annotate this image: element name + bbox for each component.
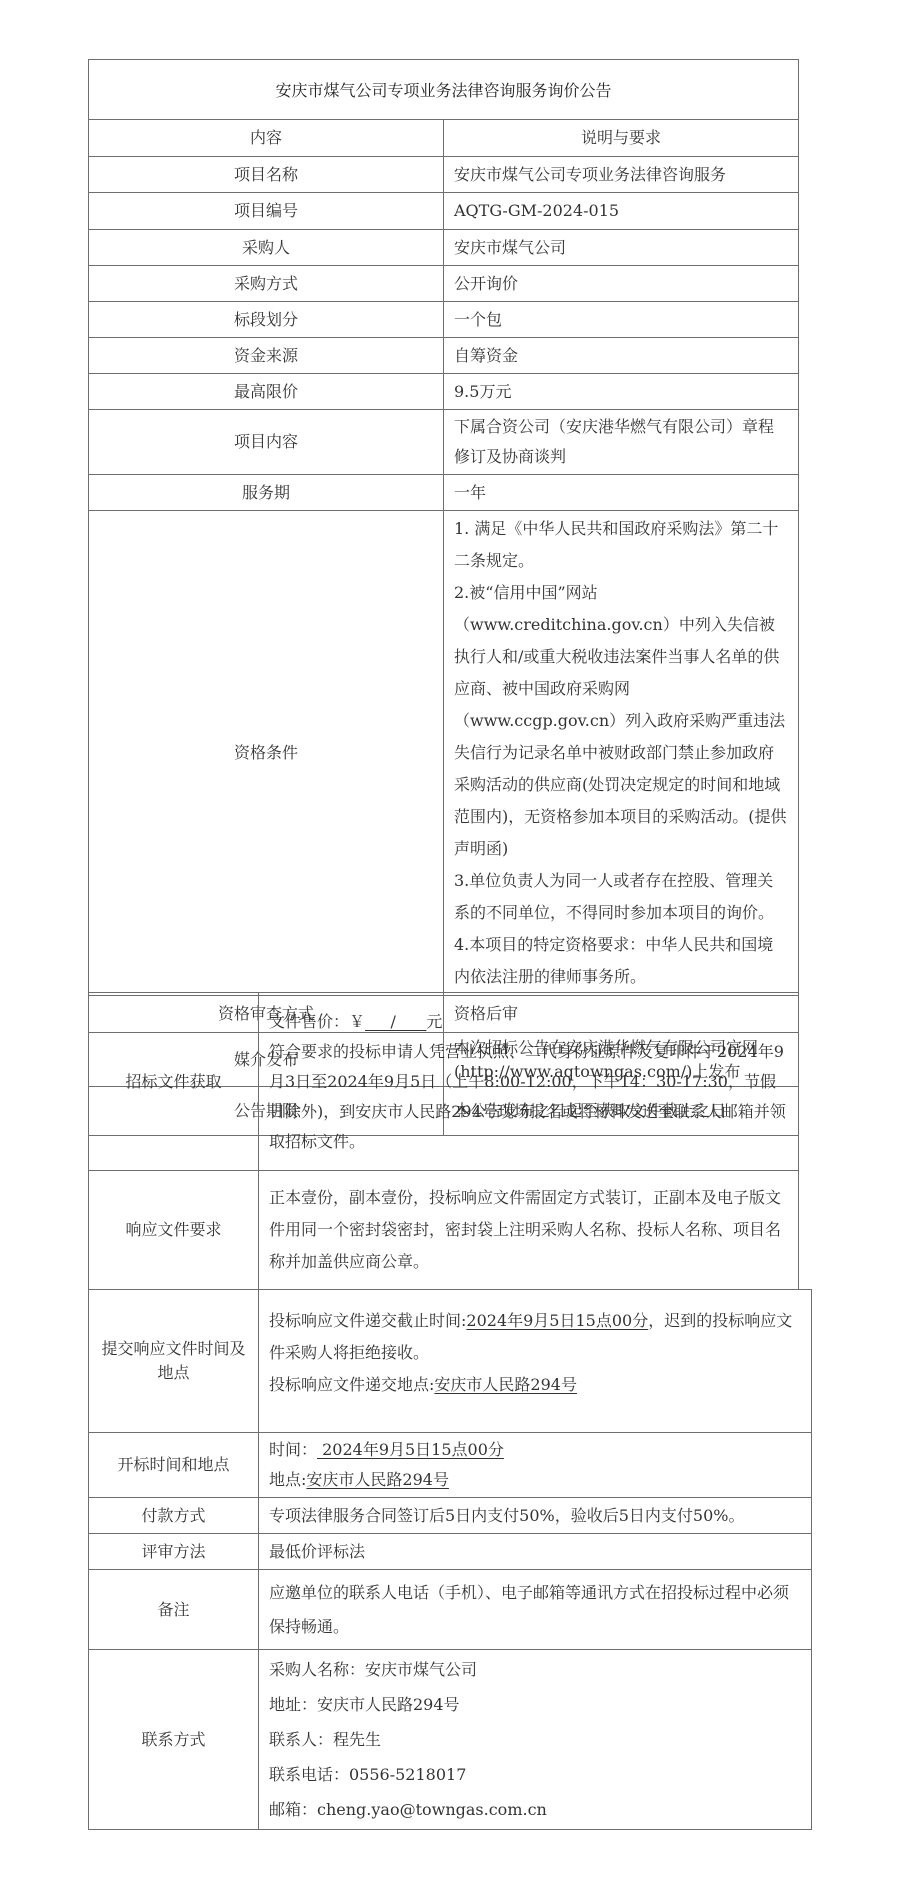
row-value: 公开询价 <box>444 266 799 302</box>
table-row: 响应文件要求 正本壹份，副本壹份，投标响应文件需固定方式装订，正副本及电子版文件… <box>89 1171 799 1290</box>
table-row: 标段划分 一个包 <box>89 302 799 338</box>
qualification-item: 3.单位负责人为同一人或者存在控股、管理关系的不同单位，不得同时参加本项目的询价… <box>454 865 788 929</box>
contact-label: 联系方式 <box>89 1650 259 1830</box>
announcement-table-main: 安庆市煤气公司专项业务法律咨询服务询价公告 内容 说明与要求 项目名称 安庆市煤… <box>88 59 799 1136</box>
row-label: 资金来源 <box>89 338 444 374</box>
header-description: 说明与要求 <box>444 120 799 157</box>
qualification-list: 1. 满足《中华人民共和国政府采购法》第二十二条规定。 2.被“信用中国”网站（… <box>444 511 799 996</box>
payment-value: 专项法律服务合同签订后5日内支付50%，验收后5日内支付50%。 <box>259 1498 812 1534</box>
table-row: 最高限价 9.5万元 <box>89 374 799 410</box>
table-row: 项目编号 AQTG-GM-2024-015 <box>89 193 799 230</box>
table-row: 服务期 一年 <box>89 475 799 511</box>
contact-value: 采购人名称：安庆市煤气公司 地址：安庆市人民路294号 联系人：程先生 联系电话… <box>259 1650 812 1830</box>
document-price: 文件售价：￥ / 元 <box>269 1007 788 1037</box>
row-value: AQTG-GM-2024-015 <box>444 193 799 230</box>
remarks-label: 备注 <box>89 1570 259 1650</box>
obtain-label: 招标文件获取 <box>89 993 259 1171</box>
row-label: 最高限价 <box>89 374 444 410</box>
contact-person: 联系人：程先生 <box>269 1722 801 1757</box>
table-row: 采购人 安庆市煤气公司 <box>89 230 799 266</box>
table-row: 评审方法 最低价评标法 <box>89 1534 812 1570</box>
remarks-value: 应邀单位的联系人电话（手机）、电子邮箱等通讯方式在招投标过程中必须保持畅通。 <box>259 1570 812 1650</box>
opening-label: 开标时间和地点 <box>89 1433 259 1498</box>
row-label: 项目编号 <box>89 193 444 230</box>
obtain-text: 符合要求的投标申请人凭营业执照、二代身份证原件及复印件于2024年9月3日至20… <box>269 1037 788 1157</box>
contact-purchaser: 采购人名称：安庆市煤气公司 <box>269 1652 801 1687</box>
table-row: 开标时间和地点 时间： 2024年9月5日15点00分 地点:安庆市人民路294… <box>89 1433 812 1498</box>
row-label: 项目名称 <box>89 157 444 193</box>
table-row: 提交响应文件时间及地点 投标响应文件递交截止时间:2024年9月5日15点00分… <box>89 1290 812 1433</box>
announcement-table-third: 提交响应文件时间及地点 投标响应文件递交截止时间:2024年9月5日15点00分… <box>88 1289 812 1830</box>
evaluation-label: 评审方法 <box>89 1534 259 1570</box>
opening-place: 地点:安庆市人民路294号 <box>269 1465 801 1495</box>
submit-label: 提交响应文件时间及地点 <box>89 1290 259 1433</box>
contact-address: 地址：安庆市人民路294号 <box>269 1687 801 1722</box>
table-row: 联系方式 采购人名称：安庆市煤气公司 地址：安庆市人民路294号 联系人：程先生… <box>89 1650 812 1830</box>
table-row: 采购方式 公开询价 <box>89 266 799 302</box>
qualification-item: 1. 满足《中华人民共和国政府采购法》第二十二条规定。 <box>454 513 788 577</box>
page-title: 安庆市煤气公司专项业务法律咨询服务询价公告 <box>89 60 799 120</box>
row-value: 下属合资公司（安庆港华燃气有限公司）章程修订及协商谈判 <box>444 410 799 475</box>
qualification-label: 资格条件 <box>89 511 444 996</box>
table-row: 项目内容 下属合资公司（安庆港华燃气有限公司）章程修订及协商谈判 <box>89 410 799 475</box>
submit-place: 投标响应文件递交地点:安庆市人民路294号 <box>269 1369 801 1401</box>
table-row: 项目名称 安庆市煤气公司专项业务法律咨询服务 <box>89 157 799 193</box>
price-blank: / <box>365 1012 426 1031</box>
row-value: 安庆市煤气公司专项业务法律咨询服务 <box>444 157 799 193</box>
table-row: 资金来源 自筹资金 <box>89 338 799 374</box>
obtain-value: 文件售价：￥ / 元 符合要求的投标申请人凭营业执照、二代身份证原件及复印件于2… <box>259 993 799 1171</box>
row-value: 自筹资金 <box>444 338 799 374</box>
row-label: 采购方式 <box>89 266 444 302</box>
table-row: 付款方式 专项法律服务合同签订后5日内支付50%，验收后5日内支付50%。 <box>89 1498 812 1534</box>
table-row: 备注 应邀单位的联系人电话（手机）、电子邮箱等通讯方式在招投标过程中必须保持畅通… <box>89 1570 812 1650</box>
opening-value: 时间： 2024年9月5日15点00分 地点:安庆市人民路294号 <box>259 1433 812 1498</box>
row-value: 一年 <box>444 475 799 511</box>
evaluation-value: 最低价评标法 <box>259 1534 812 1570</box>
row-value: 一个包 <box>444 302 799 338</box>
submit-deadline: 投标响应文件递交截止时间:2024年9月5日15点00分，迟到的投标响应文件采购… <box>269 1305 801 1369</box>
row-label: 采购人 <box>89 230 444 266</box>
contact-phone: 联系电话：0556-5218017 <box>269 1757 801 1792</box>
table-row: 招标文件获取 文件售价：￥ / 元 符合要求的投标申请人凭营业执照、二代身份证原… <box>89 993 799 1171</box>
contact-email: 邮箱：cheng.yao@towngas.com.cn <box>269 1792 801 1827</box>
announcement-table-second: 招标文件获取 文件售价：￥ / 元 符合要求的投标申请人凭营业执照、二代身份证原… <box>88 992 799 1290</box>
qualification-item: 4.本项目的特定资格要求：中华人民共和国境内依法注册的律师事务所。 <box>454 929 788 993</box>
qualification-item: 2.被“信用中国”网站（www.creditchina.gov.cn）中列入失信… <box>454 577 788 865</box>
response-value: 正本壹份，副本壹份，投标响应文件需固定方式装订，正副本及电子版文件用同一个密封袋… <box>259 1171 799 1290</box>
qualification-row: 资格条件 1. 满足《中华人民共和国政府采购法》第二十二条规定。 2.被“信用中… <box>89 511 799 996</box>
row-label: 项目内容 <box>89 410 444 475</box>
row-label: 标段划分 <box>89 302 444 338</box>
header-content: 内容 <box>89 120 444 157</box>
payment-label: 付款方式 <box>89 1498 259 1534</box>
row-value: 安庆市煤气公司 <box>444 230 799 266</box>
row-value: 9.5万元 <box>444 374 799 410</box>
submit-value: 投标响应文件递交截止时间:2024年9月5日15点00分，迟到的投标响应文件采购… <box>259 1290 812 1433</box>
row-label: 服务期 <box>89 475 444 511</box>
response-label: 响应文件要求 <box>89 1171 259 1290</box>
opening-time: 时间： 2024年9月5日15点00分 <box>269 1435 801 1465</box>
